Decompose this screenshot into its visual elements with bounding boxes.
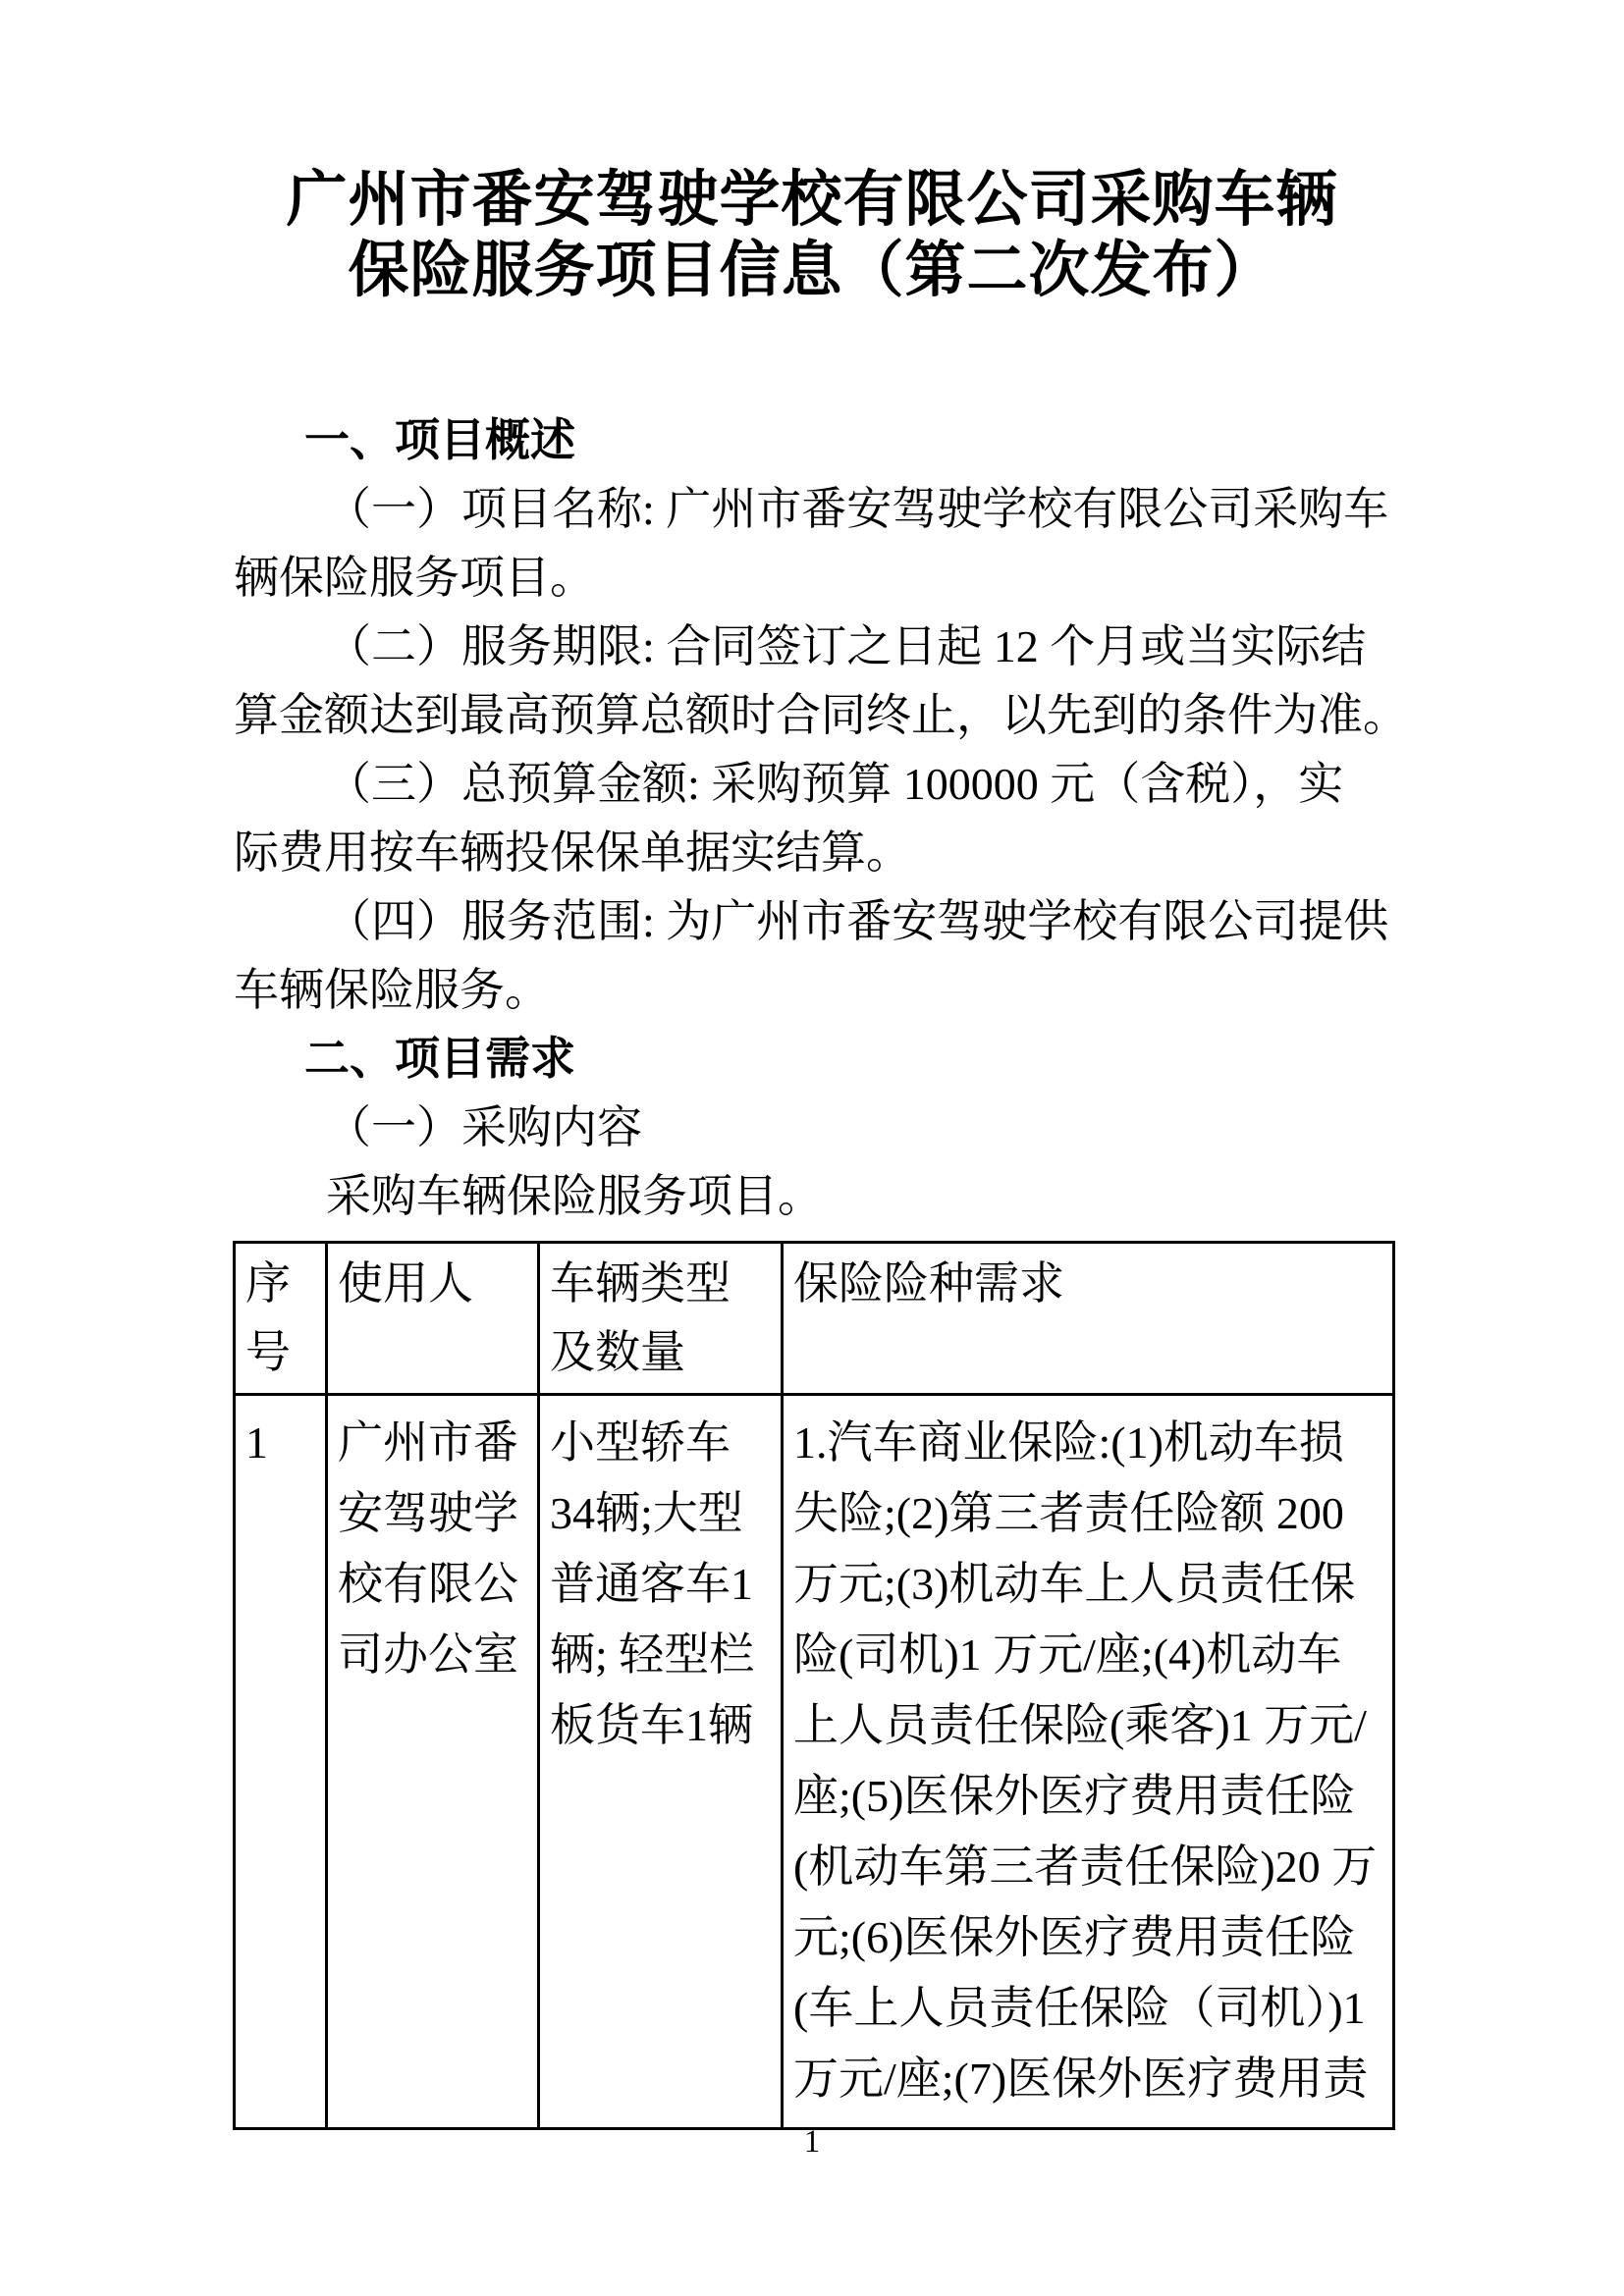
table-data-row: 1 广州市番安驾驶学校有限公司办公室 小型轿车34辆;大型普通客车1辆; 轻型栏… bbox=[235, 1395, 1394, 2129]
cell-line: 小型轿车 bbox=[550, 1408, 777, 1478]
cell-line: (机动车第三者责任保险)20 万 bbox=[793, 1832, 1388, 1902]
body-line: 际费用按车辆投保保单据实结算。 bbox=[234, 819, 1471, 887]
cell-line: 广州市番 bbox=[338, 1408, 533, 1478]
body-line: （三）总预算金额: 采购预算 100000 元（含税），实 bbox=[234, 750, 1471, 819]
cell-line: 元;(6)医保外医疗费用责任险 bbox=[793, 1902, 1388, 1973]
body-line: （一）采购内容 bbox=[234, 1094, 1471, 1162]
body-line: 采购车辆保险服务项目。 bbox=[234, 1162, 1471, 1231]
header-line: 车辆类型 bbox=[550, 1250, 777, 1318]
header-cell-insurance: 保险险种需求 bbox=[783, 1243, 1394, 1395]
cell-line: 失险;(2)第三者责任险额 200 bbox=[793, 1478, 1388, 1549]
cell-line: 普通客车1 bbox=[550, 1549, 777, 1620]
cell-line: 校有限公 bbox=[338, 1549, 533, 1620]
cell-line: 司办公室 bbox=[338, 1620, 533, 1690]
cell-line: 34辆;大型 bbox=[550, 1478, 777, 1549]
body-line: 车辆保险服务。 bbox=[234, 956, 1471, 1025]
cell-vehicle: 小型轿车34辆;大型普通客车1辆; 轻型栏板货车1辆 bbox=[539, 1395, 783, 2129]
body-line: 二、项目需求 bbox=[234, 1025, 1471, 1094]
cell-line: 1.汽车商业保险:(1)机动车损 bbox=[793, 1408, 1388, 1478]
body-paragraphs: 一、项目概述（一）项目名称: 广州市番安驾驶学校有限公司采购车辆保险服务项目。（… bbox=[234, 406, 1471, 1231]
body-line: 一、项目概述 bbox=[234, 406, 1471, 475]
table-header-row: 序号 使用人 车辆类型及数量 保险险种需求 bbox=[235, 1243, 1394, 1395]
body-line: （二）服务期限: 合同签订之日起 12 个月或当实际结 bbox=[234, 613, 1471, 681]
cell-line: 安驾驶学 bbox=[338, 1478, 533, 1549]
document-title: 广州市番安驾驶学校有限公司采购车辆保险服务项目信息（第二次发布） bbox=[0, 165, 1624, 306]
body-line: 辆保险服务项目。 bbox=[234, 544, 1471, 613]
header-line: 号 bbox=[245, 1318, 321, 1387]
cell-line: 万元/座;(7)医保外医疗费用责 bbox=[793, 2044, 1388, 2114]
document-page: 广州市番安驾驶学校有限公司采购车辆保险服务项目信息（第二次发布） 一、项目概述（… bbox=[0, 0, 1624, 2296]
page-number: 1 bbox=[0, 2120, 1624, 2163]
cell-insurance: 1.汽车商业保险:(1)机动车损失险;(2)第三者责任险额 200万元;(3)机… bbox=[783, 1395, 1394, 2129]
cell-line: (车上人员责任保险（司机）)1 bbox=[793, 1973, 1388, 2044]
header-line: 保险险种需求 bbox=[793, 1250, 1388, 1318]
cell-line: 万元;(3)机动车上人员责任保 bbox=[793, 1549, 1388, 1620]
header-line: 序 bbox=[245, 1250, 321, 1318]
header-line: 使用人 bbox=[338, 1250, 533, 1318]
body-line: （一）项目名称: 广州市番安驾驶学校有限公司采购车 bbox=[234, 475, 1471, 544]
cell-user: 广州市番安驾驶学校有限公司办公室 bbox=[327, 1395, 539, 2129]
procurement-table: 序号 使用人 车辆类型及数量 保险险种需求 1 广州市番安驾驶学校有限公司办公室… bbox=[233, 1241, 1395, 2130]
seq-value: 1 bbox=[245, 1408, 321, 1478]
header-cell-seq: 序号 bbox=[235, 1243, 327, 1395]
cell-line: 上人员责任保险(乘客)1 万元/ bbox=[793, 1690, 1388, 1761]
header-cell-vehicle: 车辆类型及数量 bbox=[539, 1243, 783, 1395]
cell-line: 险(司机)1 万元/座;(4)机动车 bbox=[793, 1620, 1388, 1690]
cell-line: 辆; 轻型栏 bbox=[550, 1620, 777, 1690]
title-line: 广州市番安驾驶学校有限公司采购车辆 bbox=[0, 165, 1624, 236]
header-cell-user: 使用人 bbox=[327, 1243, 539, 1395]
cell-line: 板货车1辆 bbox=[550, 1690, 777, 1761]
body-line: 算金额达到最高预算总额时合同终止，以先到的条件为准。 bbox=[234, 681, 1471, 750]
body-line: （四）服务范围: 为广州市番安驾驶学校有限公司提供 bbox=[234, 887, 1471, 956]
cell-line: 座;(5)医保外医疗费用责任险 bbox=[793, 1761, 1388, 1832]
cell-seq: 1 bbox=[235, 1395, 327, 2129]
title-line: 保险服务项目信息（第二次发布） bbox=[0, 236, 1624, 306]
header-line: 及数量 bbox=[550, 1318, 777, 1387]
